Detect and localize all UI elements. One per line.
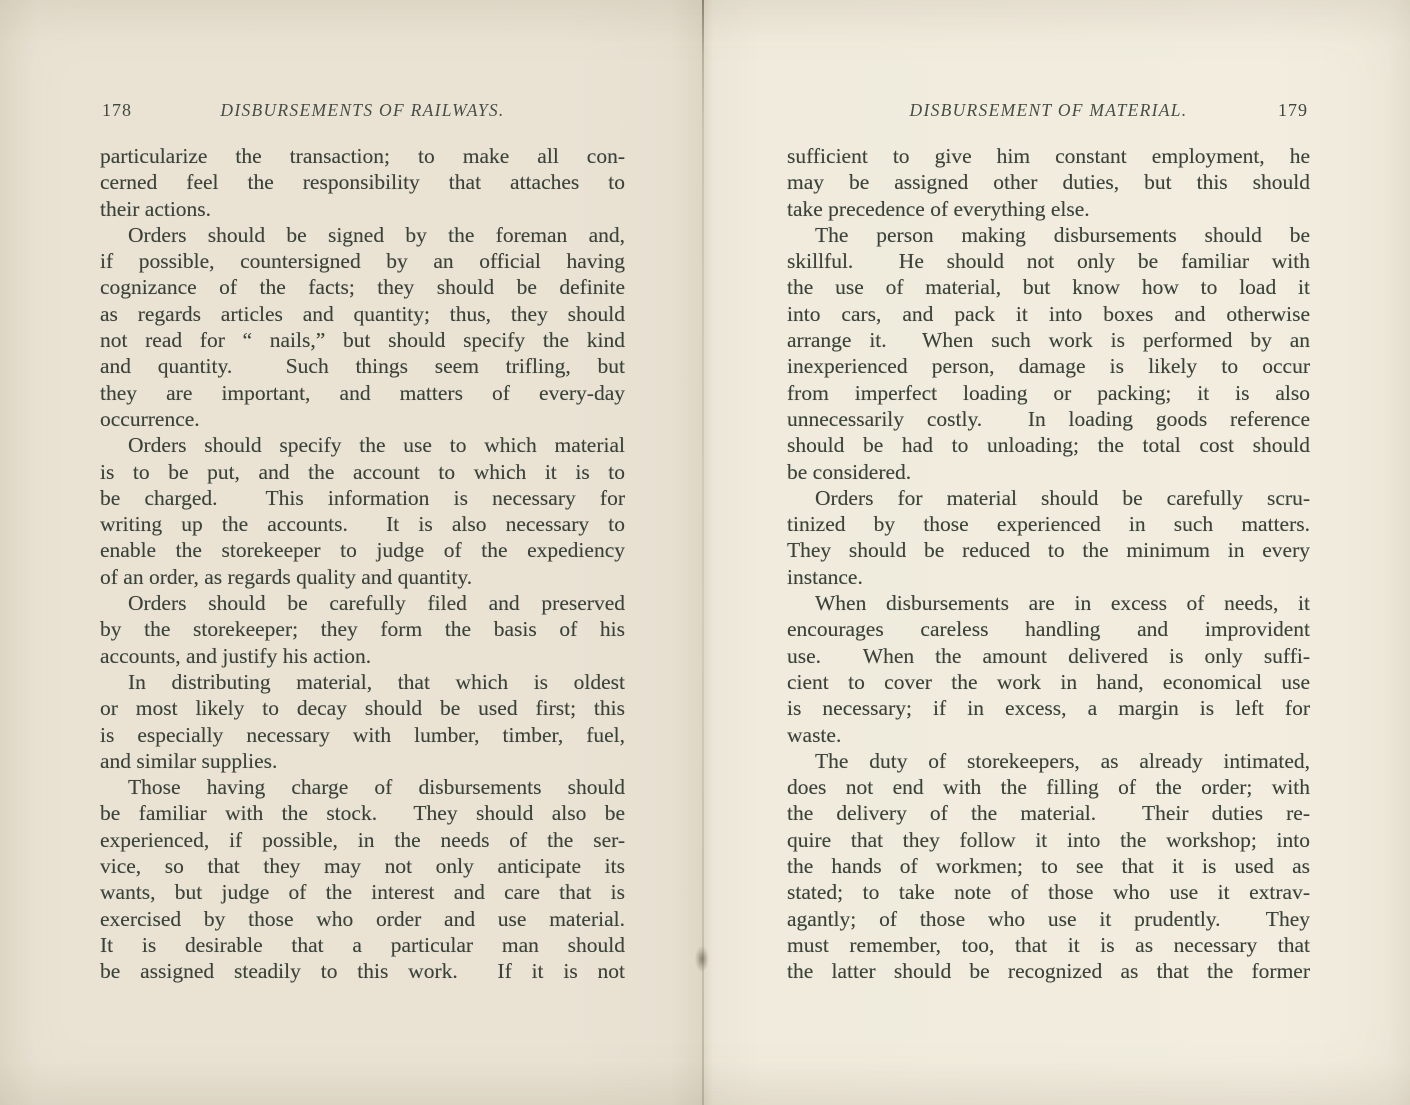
text-line: and quantity. Such things seem trifling,… bbox=[100, 353, 625, 379]
text-line: must remember, too, that it is as necess… bbox=[787, 932, 1310, 958]
text-line: sufficient to give him constant employme… bbox=[787, 143, 1310, 169]
page-body-left: particularize the transaction; to make a… bbox=[100, 143, 625, 985]
text-line: be charged. This information is necessar… bbox=[100, 485, 625, 511]
text-line: their actions. bbox=[100, 196, 625, 222]
text-line: the latter should be recognized as that … bbox=[787, 958, 1310, 984]
text-line: and similar supplies. bbox=[100, 748, 625, 774]
text-line: vice, so that they may not only anticipa… bbox=[100, 853, 625, 879]
text-line: of an order, as regards quality and quan… bbox=[100, 564, 625, 590]
text-line: encourages careless handling and improvi… bbox=[787, 616, 1310, 642]
text-line: skillful. He should not only be familiar… bbox=[787, 248, 1310, 274]
text-line: should be had to unloading; the total co… bbox=[787, 432, 1310, 458]
text-line: the hands of workmen; to see that it is … bbox=[787, 853, 1310, 879]
text-line: use. When the amount delivered is only s… bbox=[787, 643, 1310, 669]
text-line: unnecessarily costly. In loading goods r… bbox=[787, 406, 1310, 432]
text-line: be considered. bbox=[787, 459, 1310, 485]
text-line: When disbursements are in excess of need… bbox=[787, 590, 1310, 616]
text-line: quire that they follow it into the works… bbox=[787, 827, 1310, 853]
text-line: the delivery of the material. Their duti… bbox=[787, 800, 1310, 826]
text-line: cient to cover the work in hand, economi… bbox=[787, 669, 1310, 695]
text-line: stated; to take note of those who use it… bbox=[787, 879, 1310, 905]
text-line: In distributing material, that which is … bbox=[100, 669, 625, 695]
text-line: the use of material, but know how to loa… bbox=[787, 274, 1310, 300]
text-line: is especially necessary with lumber, tim… bbox=[100, 722, 625, 748]
text-line: experienced, if possible, in the needs o… bbox=[100, 827, 625, 853]
text-line: occurrence. bbox=[100, 406, 625, 432]
text-line: agantly; of those who use it prudently. … bbox=[787, 906, 1310, 932]
text-line: accounts, and justify his action. bbox=[100, 643, 625, 669]
text-line: if possible, countersigned by an officia… bbox=[100, 248, 625, 274]
text-line: They should be reduced to the minimum in… bbox=[787, 537, 1310, 563]
text-line: cerned feel the responsibility that atta… bbox=[100, 169, 625, 195]
text-line: arrange it. When such work is performed … bbox=[787, 327, 1310, 353]
running-title-left: DISBURSEMENTS OF RAILWAYS. bbox=[220, 100, 504, 120]
text-line: writing up the accounts. It is also nece… bbox=[100, 511, 625, 537]
page-number-left: 178 bbox=[102, 100, 132, 121]
book-scan: 178 DISBURSEMENTS OF RAILWAYS. particula… bbox=[0, 0, 1410, 1105]
text-line: tinized by those experienced in such mat… bbox=[787, 511, 1310, 537]
text-line: or most likely to decay should be used f… bbox=[100, 695, 625, 721]
text-line: does not end with the filling of the ord… bbox=[787, 774, 1310, 800]
text-line: The person making disbursements should b… bbox=[787, 222, 1310, 248]
running-header-left: 178 DISBURSEMENTS OF RAILWAYS. bbox=[100, 100, 625, 124]
text-line: by the storekeeper; they form the basis … bbox=[100, 616, 625, 642]
text-line: not read for “ nails,” but should specif… bbox=[100, 327, 625, 353]
text-line: is to be put, and the account to which i… bbox=[100, 459, 625, 485]
text-line: exercised by those who order and use mat… bbox=[100, 906, 625, 932]
page-number-right: 179 bbox=[1278, 100, 1308, 121]
running-header-right: DISBURSEMENT OF MATERIAL. 179 bbox=[787, 100, 1310, 124]
text-line: is necessary; if in excess, a margin is … bbox=[787, 695, 1310, 721]
text-line: It is desirable that a particular man sh… bbox=[100, 932, 625, 958]
text-line: Orders for material should be carefully … bbox=[787, 485, 1310, 511]
text-line: may be assigned other duties, but this s… bbox=[787, 169, 1310, 195]
text-line: instance. bbox=[787, 564, 1310, 590]
text-line: The duty of storekeepers, as already int… bbox=[787, 748, 1310, 774]
text-line: Orders should be signed by the foreman a… bbox=[100, 222, 625, 248]
running-title-right: DISBURSEMENT OF MATERIAL. bbox=[910, 100, 1188, 120]
text-line: from imperfect loading or packing; it is… bbox=[787, 380, 1310, 406]
text-line: into cars, and pack it into boxes and ot… bbox=[787, 301, 1310, 327]
text-line: Orders should be carefully filed and pre… bbox=[100, 590, 625, 616]
text-line: be assigned steadily to this work. If it… bbox=[100, 958, 625, 984]
left-page: 178 DISBURSEMENTS OF RAILWAYS. particula… bbox=[100, 100, 625, 985]
text-line: be familiar with the stock. They should … bbox=[100, 800, 625, 826]
text-line: enable the storekeeper to judge of the e… bbox=[100, 537, 625, 563]
text-line: take precedence of everything else. bbox=[787, 196, 1310, 222]
spine-blemish bbox=[695, 946, 709, 972]
spine-crease bbox=[702, 0, 704, 1105]
text-line: inexperienced person, damage is likely t… bbox=[787, 353, 1310, 379]
text-line: cognizance of the facts; they should be … bbox=[100, 274, 625, 300]
text-line: Those having charge of disbursements sho… bbox=[100, 774, 625, 800]
text-line: waste. bbox=[787, 722, 1310, 748]
text-line: wants, but judge of the interest and car… bbox=[100, 879, 625, 905]
text-line: Orders should specify the use to which m… bbox=[100, 432, 625, 458]
text-line: particularize the transaction; to make a… bbox=[100, 143, 625, 169]
text-line: as regards articles and quantity; thus, … bbox=[100, 301, 625, 327]
text-line: they are important, and matters of every… bbox=[100, 380, 625, 406]
page-body-right: sufficient to give him constant employme… bbox=[787, 143, 1310, 985]
right-page: DISBURSEMENT OF MATERIAL. 179 sufficient… bbox=[787, 100, 1310, 985]
